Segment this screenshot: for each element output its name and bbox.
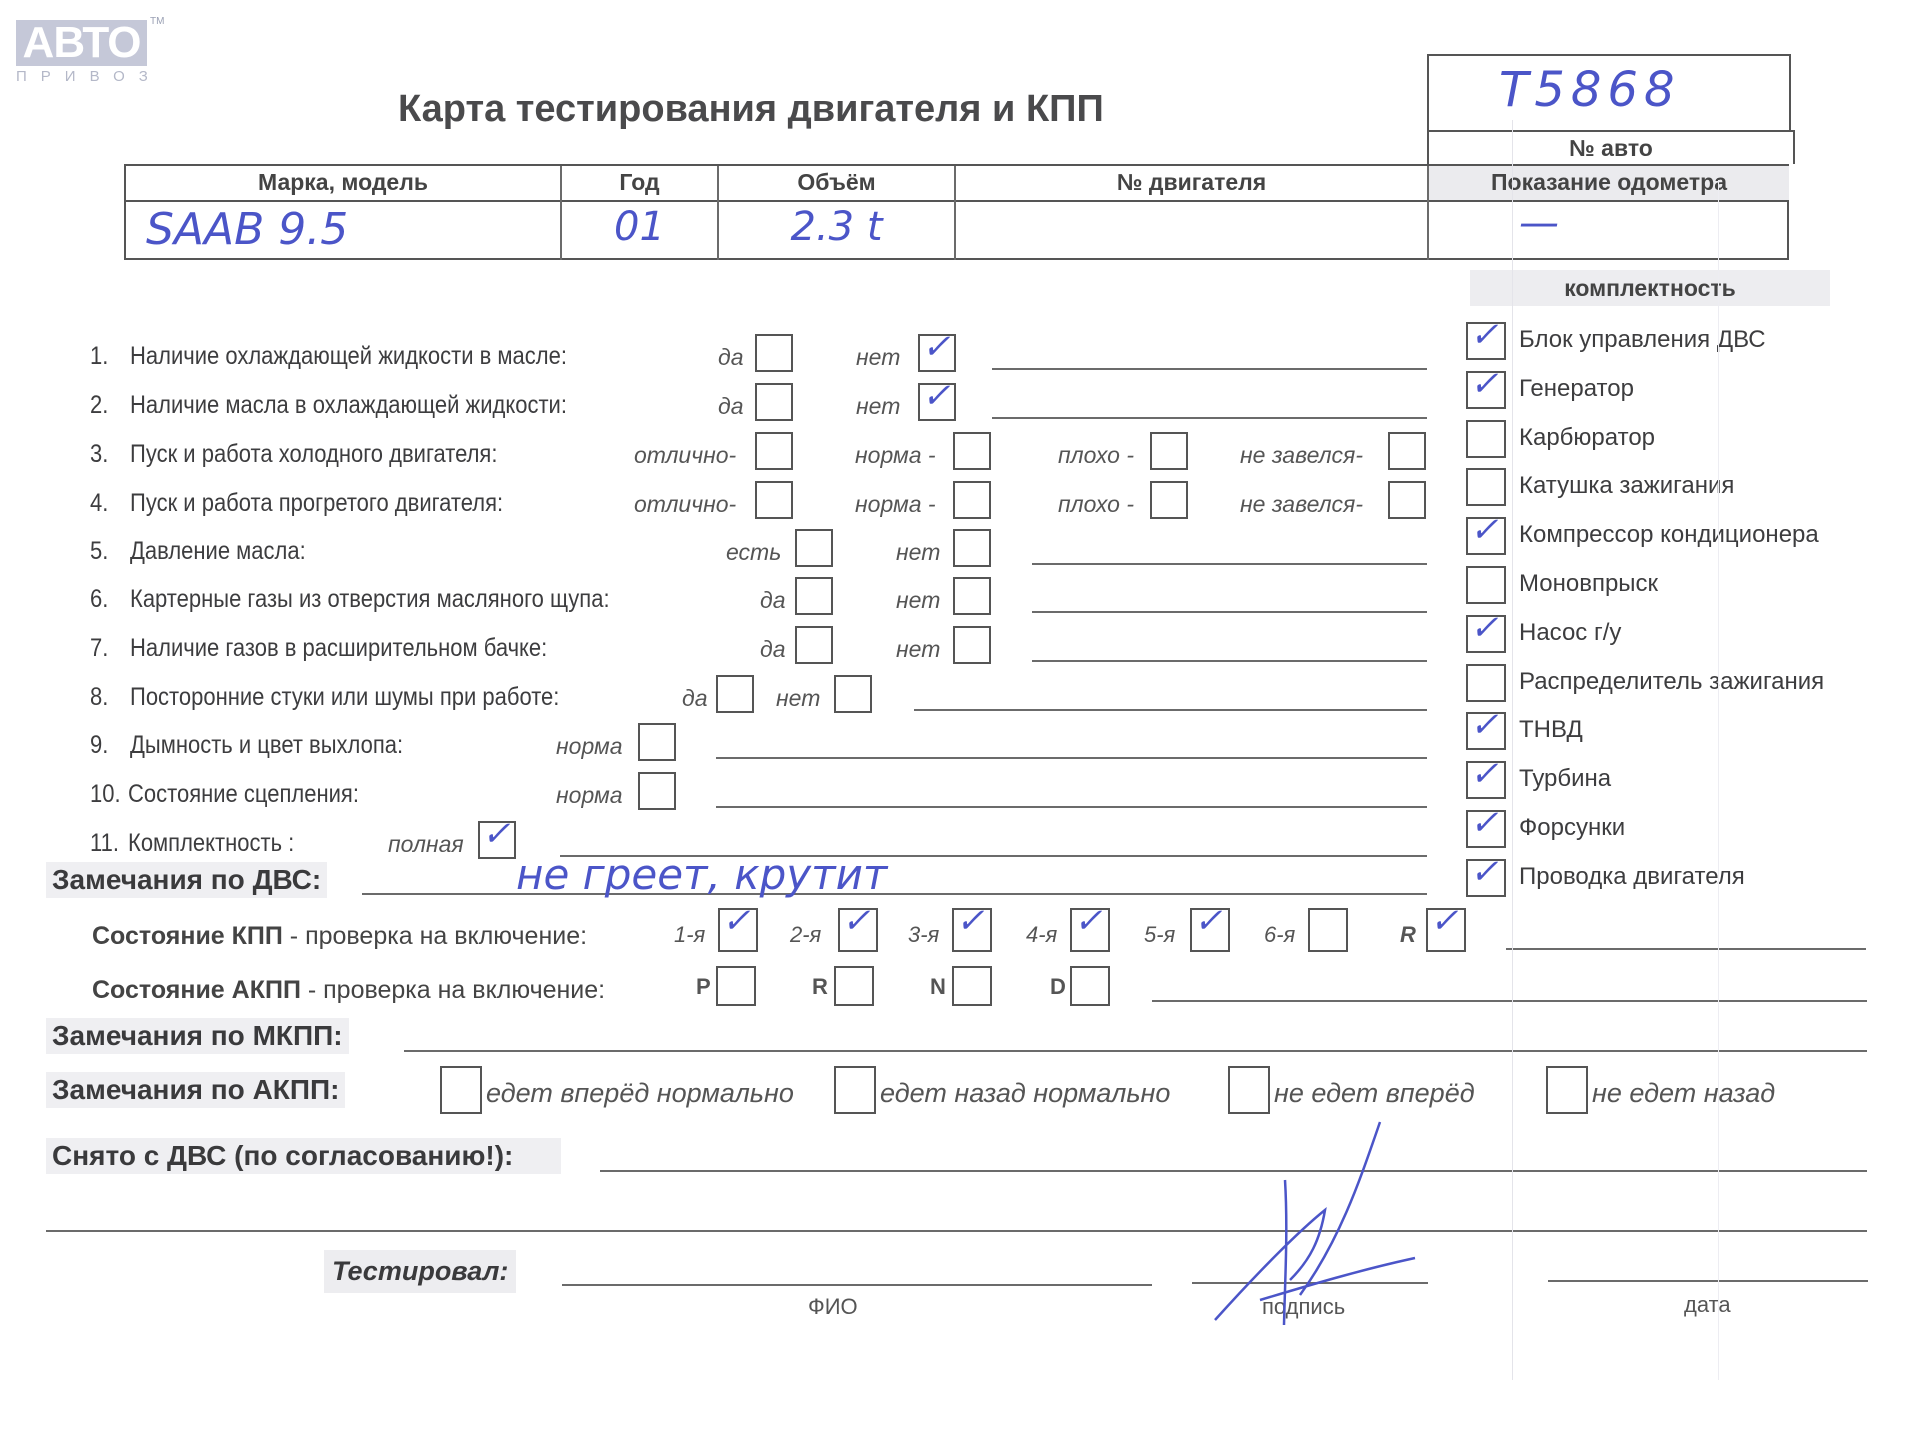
completeness-item-label: Турбина (1519, 765, 1611, 793)
auto-gearbox-label-bold: Состояние АКПП (92, 976, 301, 1004)
manual-gearbox-label: Состояние КПП - проверка на включение: (92, 922, 587, 951)
mkpp-remarks-label: Замечания по МКПП: (46, 1018, 349, 1054)
completeness-checkbox[interactable] (1466, 420, 1506, 458)
col-header-year: Год (562, 169, 717, 196)
col-header-volume: Объём (719, 169, 954, 196)
page-title: Карта тестирования двигателя и КПП (398, 88, 1104, 131)
question-number: 10. (90, 780, 121, 809)
car-number-label: № авто (1427, 130, 1795, 164)
option-checkbox[interactable] (953, 432, 991, 470)
question-text: Комплектность : (128, 829, 294, 858)
akpp-remark-checkbox[interactable] (1546, 1066, 1588, 1114)
car-number-box: T5868 (1427, 54, 1791, 130)
option-checkbox[interactable] (638, 723, 676, 761)
option-checkbox[interactable] (755, 383, 793, 421)
option-label: нет (896, 587, 940, 614)
check-mark-icon: ✓ (1470, 757, 1499, 791)
option-label: норма (556, 733, 623, 760)
question-number: 7. (90, 634, 108, 663)
option-label: нет (896, 539, 940, 566)
completeness-item-label: Проводка двигателя (1519, 863, 1745, 891)
option-label: полная (388, 831, 464, 858)
note-line[interactable] (716, 757, 1427, 759)
check-mark-icon: ✓ (1470, 708, 1499, 742)
question-number: 4. (90, 489, 108, 518)
note-line[interactable] (914, 709, 1427, 711)
akpp-position-label: P (696, 974, 711, 1000)
completeness-item-label: Распределитель зажигания (1519, 668, 1824, 696)
akpp-remark-label: не едет назад (1592, 1078, 1775, 1109)
auto-gearbox-label: Состояние АКПП - проверка на включение: (92, 976, 605, 1005)
check-mark-icon: ✓ (842, 904, 871, 938)
check-mark-icon: ✓ (1470, 806, 1499, 840)
question-number: 6. (90, 585, 108, 614)
manual-gearbox-label-rest: - проверка на включение: (283, 922, 587, 950)
col-header-odometer: Показание одометра (1429, 169, 1789, 196)
vehicle-info-table: Марка, модель Год Объём № двигателя Пока… (124, 164, 1789, 260)
fio-field[interactable] (562, 1284, 1152, 1286)
gear-label: 6-я (1264, 922, 1295, 948)
gear-label: 2-я (790, 922, 821, 948)
manual-gearbox-label-bold: Состояние КПП (92, 922, 283, 950)
option-checkbox[interactable] (638, 772, 676, 810)
option-label: нет (896, 636, 940, 663)
odometer-value[interactable]: — (1429, 200, 1649, 246)
option-label: не завелся- (1240, 442, 1363, 469)
question-text: Пуск и работа холодного двигателя: (130, 440, 497, 469)
check-mark-icon: ✓ (922, 330, 951, 364)
option-checkbox[interactable] (953, 529, 991, 567)
akpp-remark-checkbox[interactable] (1228, 1066, 1270, 1114)
option-checkbox[interactable] (795, 626, 833, 664)
check-mark-icon: ✓ (1470, 611, 1499, 645)
check-mark-icon: ✓ (482, 817, 511, 851)
option-label: не завелся- (1240, 491, 1363, 518)
option-label: да (718, 344, 744, 371)
option-label: нет (856, 344, 900, 371)
check-mark-icon: ✓ (1470, 855, 1499, 889)
option-checkbox[interactable] (795, 577, 833, 615)
engine-remarks-label: Замечания по ДВС: (46, 862, 327, 898)
completeness-item-label: Генератор (1519, 375, 1634, 403)
check-mark-icon: ✓ (1470, 367, 1499, 401)
completeness-item-label: Форсунки (1519, 814, 1625, 842)
completeness-item-label: Блок управления ДВС (1519, 326, 1766, 354)
akpp-remarks-label: Замечания по АКПП: (46, 1072, 345, 1108)
completeness-item-label: Моновпрыск (1519, 570, 1658, 598)
question-text: Давление масла: (130, 537, 306, 566)
option-label: да (760, 587, 786, 614)
akpp-position-label: N (930, 974, 946, 1000)
tested-by-label: Тестировал: (324, 1250, 516, 1293)
option-checkbox[interactable] (1150, 481, 1188, 519)
completeness-checkbox[interactable] (1466, 664, 1506, 702)
akpp-position-label: R (812, 974, 828, 1000)
question-number: 1. (90, 342, 108, 371)
option-checkbox[interactable] (953, 481, 991, 519)
question-text: Пуск и работа прогретого двигателя: (130, 489, 503, 518)
option-checkbox[interactable] (755, 481, 793, 519)
option-label: да (718, 393, 744, 420)
question-number: 9. (90, 731, 108, 760)
check-mark-icon: ✓ (1470, 513, 1499, 547)
completeness-title: комплектность (1470, 270, 1830, 306)
note-line[interactable] (716, 806, 1427, 808)
question-text: Посторонние стуки или шумы при работе: (130, 683, 559, 712)
akpp-position-checkbox[interactable] (952, 966, 992, 1006)
option-checkbox[interactable] (953, 577, 991, 615)
akpp-position-checkbox[interactable] (834, 966, 874, 1006)
check-mark-icon: ✓ (922, 379, 951, 413)
gear-label: R (1400, 922, 1416, 948)
logo: АВТО (16, 20, 147, 66)
gear-label: 1-я (674, 922, 705, 948)
logo-trademark: TM (150, 16, 164, 27)
question-number: 3. (90, 440, 108, 469)
gear-label: 4-я (1026, 922, 1057, 948)
gear-checkbox[interactable] (1308, 908, 1348, 952)
logo-subtitle: ПРИВОЗ (16, 68, 162, 85)
option-label: есть (726, 539, 781, 566)
option-label: да (760, 636, 786, 663)
date-field[interactable] (1548, 1280, 1868, 1282)
option-checkbox[interactable] (755, 432, 793, 470)
completeness-item-label: Насос г/у (1519, 619, 1621, 647)
question-number: 11. (90, 829, 119, 858)
akpp-position-checkbox[interactable] (1070, 966, 1110, 1006)
option-label: норма - (855, 491, 936, 518)
date-caption: дата (1684, 1292, 1731, 1318)
option-label: плохо - (1058, 442, 1134, 469)
gear-label: 5-я (1144, 922, 1175, 948)
option-label: отлично- (634, 442, 736, 469)
completeness-item-label: Катушка зажигания (1519, 472, 1734, 500)
option-label: норма - (855, 442, 936, 469)
akpp-remark-checkbox[interactable] (834, 1066, 876, 1114)
option-label: норма (556, 782, 623, 809)
check-mark-icon: ✓ (1194, 904, 1223, 938)
akpp-remark-label: едет вперёд нормально (486, 1078, 794, 1109)
completeness-item-label: Компрессор кондиционера (1519, 521, 1819, 549)
col-header-make-model: Марка, модель (126, 169, 560, 196)
check-mark-icon: ✓ (1430, 904, 1459, 938)
akpp-position-checkbox[interactable] (716, 966, 756, 1006)
check-mark-icon: ✓ (722, 904, 751, 938)
gear-label: 3-я (908, 922, 939, 948)
option-checkbox[interactable] (716, 675, 754, 713)
option-checkbox[interactable] (834, 675, 872, 713)
option-checkbox[interactable] (1388, 432, 1426, 470)
make-model-value[interactable]: SAAB 9.5 (146, 204, 348, 255)
question-number: 8. (90, 683, 108, 712)
volume-value[interactable]: 2.3 t (719, 204, 954, 250)
signature-scribble (1200, 1120, 1440, 1330)
completeness-checkbox[interactable] (1466, 468, 1506, 506)
year-value[interactable]: 01 (562, 204, 717, 250)
option-checkbox[interactable] (795, 529, 833, 567)
question-text: Состояние сцепления: (128, 780, 359, 809)
akpp-remark-label: едет назад нормально (880, 1078, 1170, 1109)
completeness-item-label: Карбюратор (1519, 424, 1655, 452)
removed-label: Снято с ДВС (по согласованию!): (46, 1138, 561, 1174)
completeness-item-label: ТНВД (1519, 716, 1583, 744)
auto-gearbox-label-rest: - проверка на включение: (301, 976, 605, 1004)
option-checkbox[interactable] (1388, 481, 1426, 519)
completeness-checkbox[interactable] (1466, 566, 1506, 604)
car-number-value[interactable]: T5868 (1499, 62, 1680, 118)
question-text: Картерные газы из отверстия масляного щу… (130, 585, 610, 614)
mkpp-remarks-field[interactable] (404, 1050, 1867, 1052)
option-label: нет (856, 393, 900, 420)
note-line[interactable] (1032, 611, 1427, 613)
option-checkbox[interactable] (1150, 432, 1188, 470)
question-text: Наличие охлаждающей жидкости в масле: (130, 342, 567, 371)
akpp-remark-label: не едет вперёд (1274, 1078, 1475, 1109)
option-checkbox[interactable] (953, 626, 991, 664)
check-mark-icon: ✓ (1470, 318, 1499, 352)
option-checkbox[interactable] (755, 334, 793, 372)
option-label: нет (776, 685, 820, 712)
check-mark-icon: ✓ (956, 904, 985, 938)
check-mark-icon: ✓ (1074, 904, 1103, 938)
engine-remarks-value[interactable]: не греет, крутит (516, 850, 887, 899)
akpp-remark-checkbox[interactable] (440, 1066, 482, 1114)
option-label: плохо - (1058, 491, 1134, 518)
note-line[interactable] (992, 368, 1427, 370)
option-label: да (682, 685, 708, 712)
note-line[interactable] (1032, 563, 1427, 565)
question-text: Дымность и цвет выхлопа: (130, 731, 403, 760)
question-number: 2. (90, 391, 108, 420)
question-number: 5. (90, 537, 108, 566)
col-header-engine-number: № двигателя (956, 169, 1427, 196)
question-text: Наличие газов в расширительном бачке: (130, 634, 547, 663)
note-line[interactable] (992, 417, 1427, 419)
note-line[interactable] (1032, 660, 1427, 662)
fio-caption: ФИО (808, 1294, 858, 1320)
question-text: Наличие масла в охлаждающей жидкости: (130, 391, 567, 420)
option-label: отлично- (634, 491, 736, 518)
akpp-position-label: D (1050, 974, 1066, 1000)
